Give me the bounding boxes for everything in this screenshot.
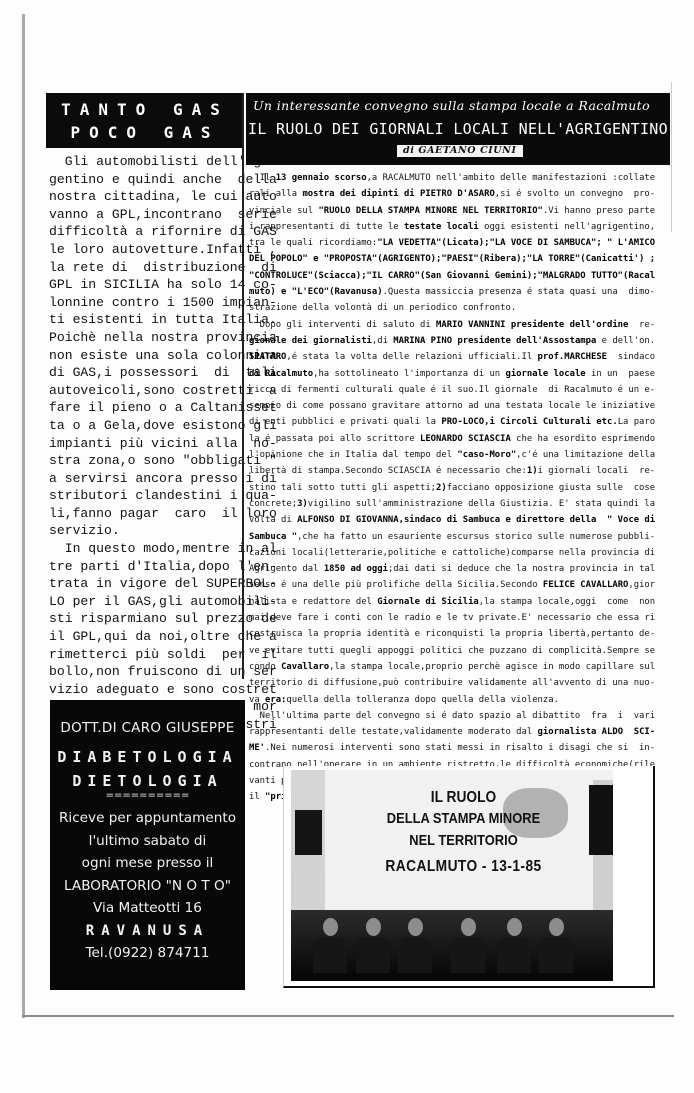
bold-text: "LA VEDETTA"(Licata);"LA VOCE DI SAMBUCA… xyxy=(377,238,655,248)
text: concrete; xyxy=(249,499,297,509)
text-line: rimetterci più soldi per il xyxy=(49,646,242,664)
page-border-bottom xyxy=(22,1015,674,1017)
main-article-body: Il 13 gennaio scorso,a RACALMUTO nell'am… xyxy=(249,170,671,806)
text: vigilino sull'amministrazione della Gius… xyxy=(308,499,655,509)
text: costruisca la propria identità e riconqu… xyxy=(249,629,655,639)
ad-phone: Tel.(0922) 874711 xyxy=(50,942,245,965)
text-line: vinciale sul "RUOLO DELLA STAMPA MINORE … xyxy=(249,203,671,219)
text: .Nei numerosi interventi sono stati mess… xyxy=(265,743,655,753)
bold-text: SPATARO xyxy=(249,352,286,362)
text-line: rappresentanti delle testate,validamente… xyxy=(249,724,671,740)
text: territorio di diffusione,può contribuire… xyxy=(249,678,655,688)
bold-text: ME' xyxy=(249,743,265,753)
text-line: DEL POPOLO" e "PROPOSTA"(AGRIGENTO);"PAE… xyxy=(249,251,671,267)
text-line: lonnine contro i 1500 impian- xyxy=(49,294,242,312)
text-line: "CONTROLUCE"(Sciacca);"IL CARRO"(San Gio… xyxy=(249,268,671,284)
text: e dell'on. xyxy=(596,336,655,346)
bold-text: PRO-LOCO,i Circoli Culturali etc. xyxy=(441,417,617,427)
article-title: IL RUOLO DEI GIORNALI LOCALI NELL'AGRIGE… xyxy=(246,120,670,138)
conference-photo: IL RUOLO DELLA STAMPA MINORE NEL TERRITO… xyxy=(291,770,613,981)
ad-line-1: Riceve per appuntamento xyxy=(50,807,245,830)
bold-text: giornale locale xyxy=(505,369,585,379)
banner-line-1: IL RUOLO xyxy=(367,788,561,808)
column-divider xyxy=(242,93,244,679)
text-line: difficoltà a rifornire di GAS xyxy=(49,223,242,241)
text-line: condo Cavallaro,la stampa locale,proprio… xyxy=(249,659,671,675)
bold-text: MARIO VANNINI presidente dell'ordine xyxy=(436,320,628,330)
bold-text: 13 gennaio scorso xyxy=(276,173,367,183)
text-line: stra zona,o sono "obbligati " xyxy=(49,452,242,470)
text-line: volta di ALFONSO DI GIOVANNA,sindaco di … xyxy=(249,512,671,528)
bold-text: MARINA PINO presidente dell'Assostampa xyxy=(393,336,596,346)
text-line: di Racalmuto,ha sottolineato l'importanz… xyxy=(249,366,671,382)
bold-text: mostra dei dipinti di PIETRO D'ASARO xyxy=(302,189,494,199)
bold-text: "RUOLO DELLA STAMPA MINORE NEL TERRITORI… xyxy=(318,206,542,216)
article-byline: di GAETANO CIUNI xyxy=(397,145,523,157)
bold-text: Giornale di Sicilia xyxy=(377,597,479,607)
text: quella della tolleranza dopo quella dell… xyxy=(286,695,559,705)
text: ,ha sottolineato l'importanza di un xyxy=(313,369,505,379)
text: cazioni locali(letterarie,politiche e ca… xyxy=(249,548,655,558)
text: l'opinione che in Italia dal tempo del xyxy=(249,450,457,460)
text-line: bollo,non fruiscono di un ser xyxy=(49,663,242,681)
text-line: ta o a Gela,dove esistono gli xyxy=(49,417,242,435)
text-line: Nell'ultima parte del convegno si é dato… xyxy=(249,708,671,724)
text: facciano opposizione giusta sulle cose xyxy=(447,483,655,493)
text: ,la stampa locale,proprio perchè agisce … xyxy=(329,662,655,672)
text-line: stributori clandestini i qua- xyxy=(49,487,242,505)
text-line: fare il pieno o a Caltanisset xyxy=(49,399,242,417)
text: .Questa massiccia presenza é stata quasi… xyxy=(383,287,656,297)
text: .Vi hanno preso parte xyxy=(543,206,655,216)
text-line: Poichè nella nostra provincia xyxy=(49,329,242,347)
headline-line-2: POCO GAS xyxy=(46,121,244,144)
text-line: l'opinione che in Italia dal tempo del "… xyxy=(249,447,671,463)
text: ,gior xyxy=(628,580,655,590)
text: libertà di stampa.Secondo SCIASCIA é nec… xyxy=(249,466,527,476)
banner-line-4: RACALMUTO - 13-1-85 xyxy=(367,854,561,880)
text-line: ve evitare tutti quegli appoggi politici… xyxy=(249,643,671,659)
text-line: strazione della volontà di un periodico … xyxy=(249,300,671,316)
text-line: ME'.Nei numerosi interventi sono stati m… xyxy=(249,740,671,756)
text-line: Sambuca ",che ha fatto un esauriente esc… xyxy=(249,529,671,545)
advertisement-box: DOTT.DI CARO GIUSEPPE DIABETOLOGIA DIETO… xyxy=(50,700,245,990)
bold-text: giornalista ALDO SCI- xyxy=(538,727,656,737)
photo-person xyxy=(313,918,347,973)
text: Agrigento dal xyxy=(249,564,324,574)
text-line: li,fanno pagar caro il loro xyxy=(49,505,242,523)
ad-specialty-1: DIABETOLOGIA xyxy=(50,745,245,769)
text-line: cazioni locali(letterarie,politiche e ca… xyxy=(249,545,671,561)
ad-line-2: l'ultimo sabato di xyxy=(50,830,245,853)
bold-text: FELICE CAVALLARO xyxy=(543,580,629,590)
bold-text: prof.MARCHESE xyxy=(538,352,607,362)
text: La paro xyxy=(618,417,655,427)
ad-line-3: ogni mese presso il xyxy=(50,852,245,875)
text-line: autoveicoli,sono costretti a xyxy=(49,382,242,400)
text: volta di xyxy=(249,515,297,525)
text: va xyxy=(249,695,265,705)
text-line: SPATARO,é stata la volta delle relazioni… xyxy=(249,349,671,365)
text-line: impianti più vicini alla no- xyxy=(49,435,242,453)
text-line: In questo modo,mentre in al xyxy=(49,540,242,558)
text: ,la stampa locale,oggi come non xyxy=(479,597,655,607)
photo-banner: IL RUOLO DELLA STAMPA MINORE NEL TERRITO… xyxy=(367,788,561,880)
text: sindaco xyxy=(607,352,655,362)
text-line: Il 13 gennaio scorso,a RACALMUTO nell'am… xyxy=(249,170,671,186)
bold-text: ALFONSO DI GIOVANNA,sindaco di Sambuca e… xyxy=(297,515,655,525)
page-border-left xyxy=(22,14,25,1018)
text: oggi esistenti nell'agrigentino, xyxy=(479,222,655,232)
text: rali alla xyxy=(249,189,302,199)
text-line: il GPL,qui da noi,oltre che a xyxy=(49,628,242,646)
banner-line-2: DELLA STAMPA MINORE xyxy=(367,808,561,830)
text: ,si é svolto un convegno pro- xyxy=(495,189,655,199)
text-line: stino tali sotto tutti gli aspetti;2)fac… xyxy=(249,480,671,496)
bold-text: "caso-Moro" xyxy=(457,450,516,460)
text-line: nostra cittadina, le cui auto xyxy=(49,188,242,206)
text-line: rali alla mostra dei dipinti di PIETRO D… xyxy=(249,186,671,202)
text-line: non esiste una sola colonnina xyxy=(49,347,242,365)
text: i rappresentanti di tutte le xyxy=(249,222,404,232)
text-line: GPL in SICILIA ha solo 14 co- xyxy=(49,276,242,294)
text-line: a servirsi ancora presso i di xyxy=(49,470,242,488)
text-line: sti risparmiano sul prezzo de xyxy=(49,610,242,628)
text-line: trata in vigore del SUPERBOL- xyxy=(49,575,242,593)
photo-speaker-left xyxy=(295,810,322,855)
text-line: concrete;3)vigilino sull'amministrazione… xyxy=(249,496,671,512)
bold-text: DEL POPOLO" e "PROPOSTA"(AGRIGENTO);"PAE… xyxy=(249,254,655,264)
text: stino tali sotto tutti gli aspetti; xyxy=(249,483,436,493)
photo-speaker-right xyxy=(589,785,613,855)
text: i giornali locali re- xyxy=(538,466,656,476)
main-article-header: Un interessante convegno sulla stampa lo… xyxy=(246,93,670,165)
text: vinciale sul xyxy=(249,206,318,216)
left-article-body: Gli automobilisti dell'agrigentino e qui… xyxy=(46,153,244,751)
ad-line-5: Via Matteotti 16 xyxy=(50,897,245,920)
photo-person xyxy=(451,918,485,973)
text-line: ti esistenti in tutta Italia. xyxy=(49,311,242,329)
text-line: i rappresentanti di tutte le testate loc… xyxy=(249,219,671,235)
bold-text: Cavallaro xyxy=(281,662,329,672)
text: in un paese xyxy=(586,369,655,379)
text: ricco di fermenti culturali quale é il s… xyxy=(249,385,655,395)
headline-line-1: TANTO GAS xyxy=(46,98,244,121)
text: strazione della volontà di un periodico … xyxy=(249,303,516,313)
bold-text: muto) e "L'ECO"(Ravanusa) xyxy=(249,287,383,297)
text-line: mai,deve fare i conti con le radio e le … xyxy=(249,610,671,626)
text-line: senso é una delle più prolifiche della S… xyxy=(249,577,671,593)
bold-text: era: xyxy=(265,695,286,705)
text-line: di enti pubblici e privati quali la PRO-… xyxy=(249,414,671,430)
bold-text: testate locali xyxy=(404,222,479,232)
text-line: costruisca la propria identità e riconqu… xyxy=(249,626,671,642)
bold-text: 3) xyxy=(297,499,308,509)
bold-text: 2) xyxy=(436,483,447,493)
text: la é passata poi allo scrittore xyxy=(249,434,420,444)
bold-text: di Racalmuto xyxy=(249,369,313,379)
photo-person xyxy=(398,918,432,973)
text-line: LO per il GAS,gli automobili- xyxy=(49,593,242,611)
text: ,che ha fatto un esauriente escursus sto… xyxy=(297,532,655,542)
text-line: tre parti d'Italia,dopo l'en- xyxy=(49,558,242,576)
text: senso é una delle più prolifiche della S… xyxy=(249,580,543,590)
text: Nell'ultima parte del convegno si é dato… xyxy=(249,711,655,721)
text-line: territorio di diffusione,può contribuire… xyxy=(249,675,671,691)
text: condo xyxy=(249,662,281,672)
text-line: vanno a GPL,incontrano serie xyxy=(49,206,242,224)
text-line: gionale dei giornalisti,di MARINA PINO p… xyxy=(249,333,671,349)
text: il xyxy=(249,792,265,802)
page-edge-rule xyxy=(671,82,672,232)
banner-line-3: NEL TERRITORIO xyxy=(367,830,561,852)
text: Dopo gli interventi di saluto di xyxy=(249,320,436,330)
photo-person xyxy=(539,918,573,973)
text: che ha esordito esprimendo xyxy=(511,434,655,444)
bold-text: 1850 ad oggi xyxy=(324,564,388,574)
text: ,di xyxy=(372,336,393,346)
photo-person xyxy=(356,918,390,973)
bold-text: LEONARDO SCIASCIA xyxy=(420,434,511,444)
text-line: la rete di distribuzione di xyxy=(49,259,242,277)
text-line: Gli automobilisti dell'agri xyxy=(49,153,242,171)
text: mai,deve fare i conti con le radio e le … xyxy=(249,613,655,623)
text: ve evitare tutti quegli appoggi politici… xyxy=(249,646,655,656)
text-line: sempio di come possano gravitare attorno… xyxy=(249,398,671,414)
text-line: le loro autovetture.Infatti , xyxy=(49,241,242,259)
ad-city: RAVANUSA xyxy=(50,920,245,942)
article-kicker: Un interessante convegno sulla stampa lo… xyxy=(253,98,650,113)
text-line: nalista e redattore del Giornale di Sici… xyxy=(249,594,671,610)
text-line: muto) e "L'ECO"(Ravanusa).Questa massicc… xyxy=(249,284,671,300)
left-article-headline: TANTO GAS POCO GAS xyxy=(46,93,244,148)
text-line: di GAS,i possessori di tali xyxy=(49,364,242,382)
text: ;dai dati si deduce che la nostra provin… xyxy=(388,564,655,574)
photo-person xyxy=(497,918,531,973)
text-line: servizio. xyxy=(49,522,242,540)
text: ,é stata la volta delle relazioni uffici… xyxy=(286,352,537,362)
text: ,a RACALMUTO nell'ambito delle manifesta… xyxy=(367,173,656,183)
text: rappresentanti delle testate,validamente… xyxy=(249,727,538,737)
bold-text: 1) xyxy=(527,466,538,476)
text-line: gentino e quindi anche della xyxy=(49,171,242,189)
text: sempio di come possano gravitare attorno… xyxy=(249,401,655,411)
text-line: la é passata poi allo scrittore LEONARDO… xyxy=(249,431,671,447)
left-article: TANTO GAS POCO GAS Gli automobilisti del… xyxy=(46,93,244,766)
text-line: Agrigento dal 1850 ad oggi;dai dati si d… xyxy=(249,561,671,577)
text-line: libertà di stampa.Secondo SCIASCIA é nec… xyxy=(249,463,671,479)
text: di enti pubblici e privati quali la xyxy=(249,417,441,427)
bold-text: "CONTROLUCE"(Sciacca);"IL CARRO"(San Gio… xyxy=(249,271,655,281)
ad-line-4: LABORATORIO "N O T O" xyxy=(50,875,245,898)
bold-text: Sambuca " xyxy=(249,532,297,542)
bold-text: gionale dei giornalisti xyxy=(249,336,372,346)
text: re- xyxy=(628,320,655,330)
text: ,c'é una limitazione della xyxy=(516,450,655,460)
text-line: va era:quella della tolleranza dopo quel… xyxy=(249,692,671,708)
text-line: tra le quali ricordiamo:"LA VEDETTA"(Lic… xyxy=(249,235,671,251)
text-line: ricco di fermenti culturali quale é il s… xyxy=(249,382,671,398)
text: nalista e redattore del xyxy=(249,597,377,607)
text-line: vizio adeguato e sono costret xyxy=(49,681,242,699)
text: tra le quali ricordiamo: xyxy=(249,238,377,248)
ad-doctor-name: DOTT.DI CARO GIUSEPPE xyxy=(50,720,245,736)
text: Il xyxy=(249,173,276,183)
text-line: Dopo gli interventi di saluto di MARIO V… xyxy=(249,317,671,333)
